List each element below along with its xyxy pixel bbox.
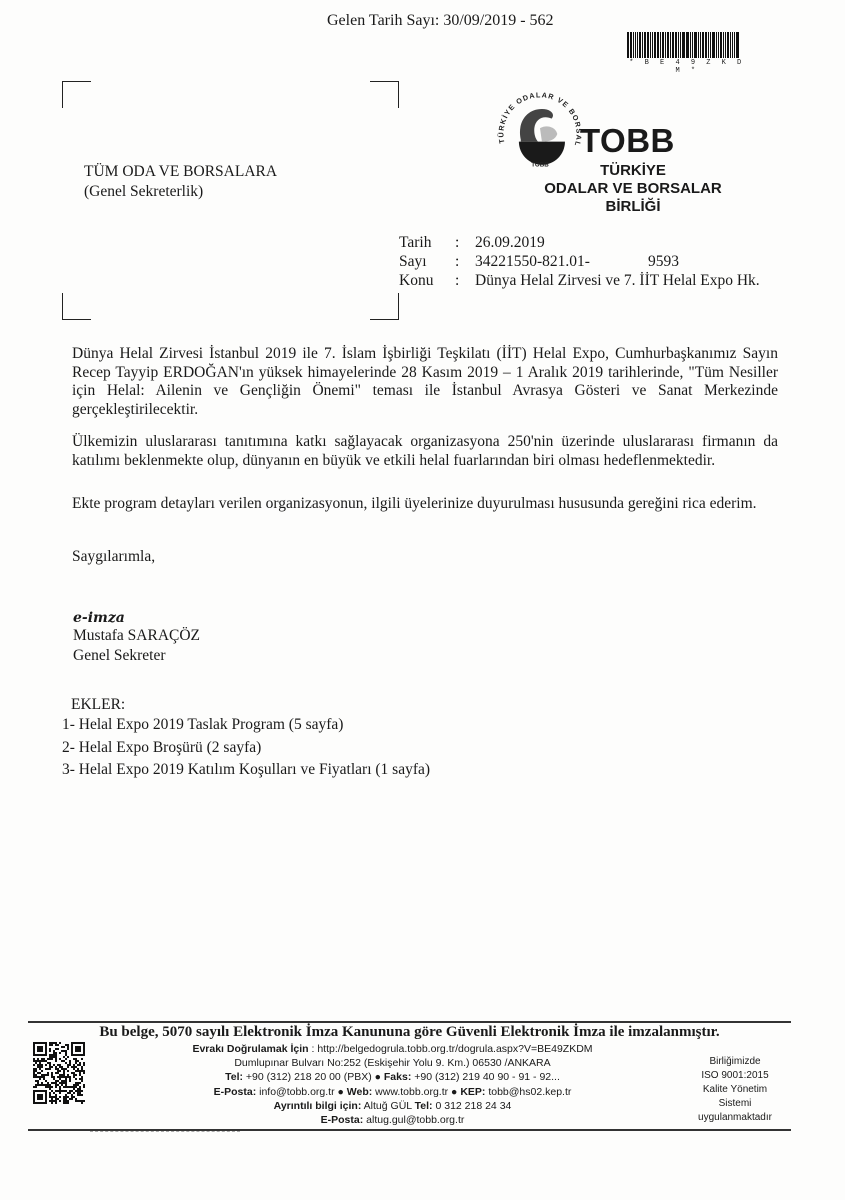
recipient-name: TÜM ODA VE BORSALARA xyxy=(84,162,277,182)
iso-line: Birliğimizde xyxy=(680,1055,790,1069)
barcode-text: * B E 4 9 Z K D M * xyxy=(627,59,747,75)
info-label: Ayrıntılı bilgi için: xyxy=(274,1100,362,1112)
barcode-bars xyxy=(627,32,747,58)
signer-name: Mustafa SARAÇÖZ xyxy=(73,626,200,646)
attachment-item: 3- Helal Expo 2019 Katılım Koşulları ve … xyxy=(62,759,430,782)
signer-block: Mustafa SARAÇÖZ Genel Sekreter xyxy=(73,626,200,666)
attachment-item: 1- Helal Expo 2019 Taslak Program (5 say… xyxy=(62,714,430,737)
footer-divider xyxy=(28,1021,791,1023)
attachment-item: 2- Helal Expo Broşürü (2 sayfa) xyxy=(62,737,430,760)
date-value: 26.09.2019 xyxy=(475,233,785,252)
address: Dumlupınar Bulvarı No:252 (Eskişehir Yol… xyxy=(145,1056,640,1070)
logo-org-line: TÜRKİYE xyxy=(538,162,728,180)
number-suffix: 9593 xyxy=(648,253,679,270)
info-tel-value: 0 312 218 24 34 xyxy=(435,1100,511,1112)
web-label: Web: xyxy=(347,1086,372,1098)
email-link[interactable]: info@tobb.org.tr xyxy=(259,1086,334,1098)
contact-person-line: Ayrıntılı bilgi için: Altuğ GÜL Tel: 0 3… xyxy=(145,1099,640,1113)
fax-label: Faks: xyxy=(384,1071,411,1083)
e-signature-mark: e-imza xyxy=(73,610,125,626)
web-line: E-Posta: info@tobb.org.tr ● Web: www.tob… xyxy=(145,1085,640,1099)
kep-value: tobb@hs02.kep.tr xyxy=(488,1086,571,1098)
body-paragraph: Dünya Helal Zirvesi İstanbul 2019 ile 7.… xyxy=(72,345,778,419)
meta-date-row: Tarih : 26.09.2019 xyxy=(399,233,785,252)
body-paragraph: Ekte program detayları verilen organizas… xyxy=(72,495,778,514)
iso-line: uygulanmaktadır xyxy=(680,1111,790,1125)
info-tel-label: Tel: xyxy=(415,1100,433,1112)
tel-value: +90 (312) 218 20 00 (PBX) xyxy=(246,1071,372,1083)
body-paragraph: Ülkemizin uluslararası tanıtımına katkı … xyxy=(72,433,778,470)
separator: : xyxy=(455,233,475,252)
faint-print-mark xyxy=(90,1131,240,1134)
separator: : xyxy=(455,271,475,290)
iso-line: Sistemi xyxy=(680,1097,790,1111)
address-window-corner xyxy=(62,81,91,108)
contact-email-link[interactable]: altug.gul@tobb.org.tr xyxy=(366,1114,464,1126)
iso-line: Kalite Yönetim xyxy=(680,1083,790,1097)
attachments-list: 1- Helal Expo 2019 Taslak Program (5 say… xyxy=(62,714,430,782)
logo-org-name: TÜRKİYE ODALAR VE BORSALAR BİRLİĞİ xyxy=(538,162,728,216)
incoming-stamp: Gelen Tarih Sayı: 30/09/2019 - 562 xyxy=(327,12,554,30)
number-value: 34221550-821.01-9593 xyxy=(475,252,785,271)
iso-line: ISO 9001:2015 xyxy=(680,1069,790,1083)
kep-label: KEP: xyxy=(460,1086,485,1098)
number-label: Sayı xyxy=(399,252,455,271)
meta-number-row: Sayı : 34221550-821.01-9593 xyxy=(399,252,785,271)
footer-contact: Evrakı Doğrulamak İçin : http://belgedog… xyxy=(145,1042,640,1127)
fax-value: +90 (312) 219 40 90 - 91 - 92... xyxy=(414,1071,560,1083)
tel-label: Tel: xyxy=(225,1071,243,1083)
address-window-corner xyxy=(370,293,399,320)
logo-org-line: ODALAR VE BORSALAR xyxy=(538,180,728,198)
closing: Saygılarımla, xyxy=(72,548,155,566)
subject-label: Konu xyxy=(399,271,455,290)
date-label: Tarih xyxy=(399,233,455,252)
logo-org-line: BİRLİĞİ xyxy=(538,198,728,216)
verify-url[interactable]: http://belgedogrula.tobb.org.tr/dogrula.… xyxy=(317,1043,592,1055)
subject-value: Dünya Helal Zirvesi ve 7. İİT Helal Expo… xyxy=(475,271,770,290)
recipient-department: (Genel Sekreterlik) xyxy=(84,182,277,202)
contact-name: Altuğ GÜL xyxy=(364,1100,412,1112)
document-meta: Tarih : 26.09.2019 Sayı : 34221550-821.0… xyxy=(399,233,785,290)
email-label: E-Posta: xyxy=(214,1086,257,1098)
number-prefix: 34221550-821.01- xyxy=(475,253,590,270)
separator: : xyxy=(455,252,475,271)
iso-certification-note: Birliğimizde ISO 9001:2015 Kalite Yöneti… xyxy=(680,1055,790,1125)
verify-label: Evrakı Doğrulamak İçin xyxy=(192,1043,308,1055)
e-signature-legal-notice: Bu belge, 5070 sayılı Elektronik İmza Ka… xyxy=(28,1024,791,1041)
web-link[interactable]: www.tobb.org.tr xyxy=(375,1086,448,1098)
info-email-label: E-Posta: xyxy=(321,1114,364,1126)
qr-code-icon xyxy=(33,1042,85,1104)
address-window-corner xyxy=(62,293,91,320)
recipient-block: TÜM ODA VE BORSALARA (Genel Sekreterlik) xyxy=(84,162,277,202)
meta-subject-row: Konu : Dünya Helal Zirvesi ve 7. İİT Hel… xyxy=(399,271,785,290)
barcode: * B E 4 9 Z K D M * xyxy=(627,32,747,66)
verify-line: Evrakı Doğrulamak İçin : http://belgedog… xyxy=(145,1042,640,1056)
contact-email-line: E-Posta: altug.gul@tobb.org.tr xyxy=(145,1113,640,1127)
logo-acronym: TOBB xyxy=(580,122,675,160)
address-window-corner xyxy=(370,81,399,108)
signer-title: Genel Sekreter xyxy=(73,646,200,666)
phone-line: Tel: +90 (312) 218 20 00 (PBX) ● Faks: +… xyxy=(145,1070,640,1084)
attachments-title: EKLER: xyxy=(71,696,125,714)
